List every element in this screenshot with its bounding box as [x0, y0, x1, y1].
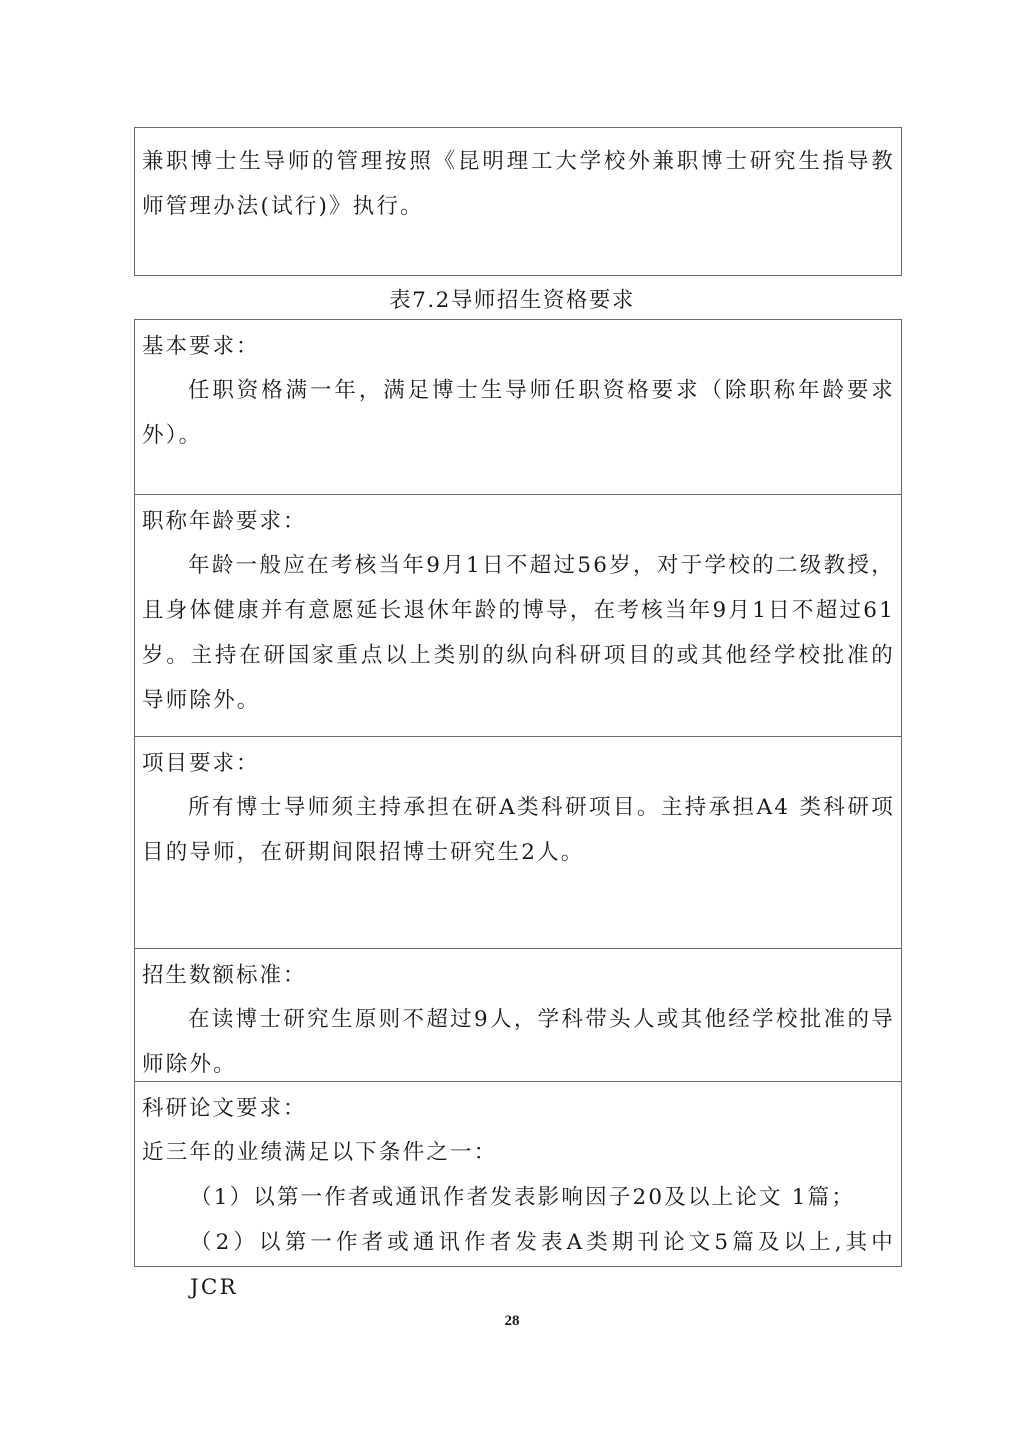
- row-label: 科研论文要求：: [135, 1082, 901, 1124]
- row-label: 项目要求：: [135, 737, 901, 779]
- row-paragraph: 任职资格满一年，满足博士生导师任职资格要求（除职称年龄要求外）。: [135, 368, 901, 458]
- row-paragraph: 在读博士研究生原则不超过9人，学科带头人或其他经学校批准的导师除外。: [135, 997, 901, 1087]
- row-label: 招生数额标准：: [135, 949, 901, 991]
- table-row-title-age-requirements: 职称年龄要求： 年龄一般应在考核当年9月1日不超过56岁，对于学校的二级教授，且…: [135, 495, 901, 737]
- table-row-research-paper-requirements: 科研论文要求： 近三年的业绩满足以下条件之一： （1）以第一作者或通讯作者发表影…: [135, 1082, 901, 1266]
- table-row-basic-requirements: 基本要求： 任职资格满一年，满足博士生导师任职资格要求（除职称年龄要求外）。: [135, 320, 901, 495]
- table-row-project-requirements: 项目要求： 所有博士导师须主持承担在研A类科研项目。主持承担A4 类科研项目的导…: [135, 737, 901, 949]
- continued-table-cell: 兼职博士生导师的管理按照《昆明理工大学校外兼职博士研究生指导教师管理办法(试行)…: [134, 127, 902, 276]
- list-item: （1）以第一作者或通讯作者发表影响因子20及以上论文 1篇；: [135, 1175, 901, 1220]
- part-time-supervisor-note: 兼职博士生导师的管理按照《昆明理工大学校外兼职博士研究生指导教师管理办法(试行)…: [135, 128, 901, 229]
- table-row-enrollment-quota: 招生数额标准： 在读博士研究生原则不超过9人，学科带头人或其他经学校批准的导师除…: [135, 949, 901, 1082]
- row-paragraph: 年龄一般应在考核当年9月1日不超过56岁，对于学校的二级教授，且身体健康并有意愿…: [135, 543, 901, 723]
- row-intro: 近三年的业绩满足以下条件之一：: [135, 1130, 901, 1175]
- supervisor-admission-requirements-table: 基本要求： 任职资格满一年，满足博士生导师任职资格要求（除职称年龄要求外）。 职…: [134, 319, 902, 1267]
- row-paragraph: 所有博士导师须主持承担在研A类科研项目。主持承担A4 类科研项目的导师，在研期间…: [135, 785, 901, 875]
- row-label: 基本要求：: [135, 320, 901, 362]
- table-caption: 表7.2导师招生资格要求: [0, 284, 1024, 318]
- list-item: （2）以第一作者或通讯作者发表A类期刊论文5篇及以上,其中 JCR: [135, 1220, 901, 1310]
- page-number: 28: [0, 1313, 1024, 1330]
- row-label: 职称年龄要求：: [135, 495, 901, 537]
